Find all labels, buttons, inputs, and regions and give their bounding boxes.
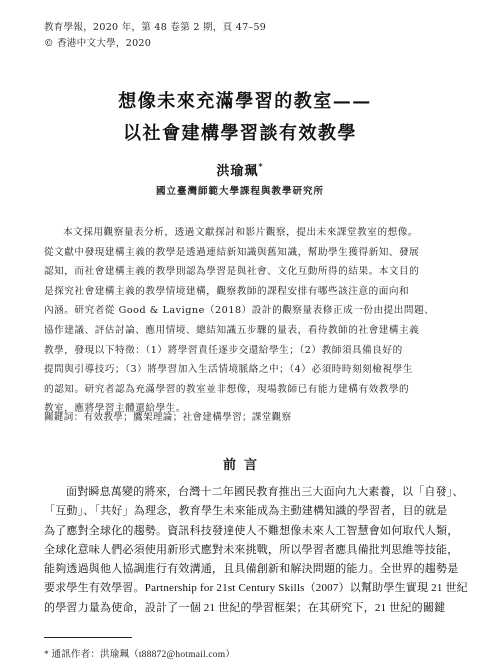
abstract: 本文採用觀察量表分析，透過文獻探討和影片觀察，提出未來課堂教室的想像。 從文獻中… [44, 223, 436, 419]
body-line: 面對瞬息萬變的將來，台灣十二年國民教育推出三大面向九大素養，以「自發」、 [44, 483, 436, 502]
keywords: 關鍵詞：有效教學；鷹架理論；社會建構學習；課堂觀察 [44, 409, 292, 423]
body-line: 能夠透過與他人協調進行有效溝通，且具備創新和解決問題的能力。全世界的趨勢是 [44, 560, 436, 579]
abstract-line: 從文獻中發現建構主義的教學是透過連結新知識與舊知識，幫助學生獲得新知、發展 [44, 243, 436, 263]
footnote: * 通訊作者：洪瑜珮（t88872@hotmail.com） [44, 646, 235, 660]
abstract-line: 認知，而社會建構主義的教學則認為學習是與社會、文化互動所得的結果。本文目的 [44, 262, 436, 282]
citation-line: 教育學報，2020 年，第 48 卷第 2 期，頁 47–59 [44, 20, 266, 36]
author-affiliation: 國立臺灣師範大學課程與教學研究所 [0, 183, 480, 197]
keywords-label: 關鍵詞： [44, 412, 84, 423]
abstract-line: 內涵。研究者從 Good & Lavigne（2018）設計的觀察量表修正成一份… [44, 301, 436, 321]
abstract-line: 協作建議、評估討論、應用情境、總結知識五步驟的量表，看待教師的社會建構主義 [44, 321, 436, 341]
author-name: 洪瑜珮 [216, 164, 258, 179]
abstract-line: 是探究社會建構主義的教學情境建構，觀察教師的課程安排有哪些該注意的面向和 [44, 282, 436, 302]
body-line: 的學習力量為使命，設計了一個 21 世紀的學習框架；在其研究下，21 世紀的關鍵 [44, 599, 436, 618]
author-footnote-marker: * [258, 161, 263, 171]
keywords-list: 有效教學；鷹架理論；社會建構學習；課堂觀察 [84, 412, 292, 423]
body-line: 為了應對全球化的趨勢。資訊科技發達使人不難想像未來人工智慧會如何取代人類， [44, 522, 436, 541]
abstract-line: 提問與引導技巧；（3）將學習加入生活情境脈絡之中；（4）必須時時刻刻檢視學生 [44, 360, 436, 380]
footnote-text: 通訊作者：洪瑜珮（t88872@hotmail.com） [52, 650, 236, 660]
section-heading: 前言 [0, 454, 480, 473]
author: 洪瑜珮* [0, 160, 480, 179]
body-text: 面對瞬息萬變的將來，台灣十二年國民教育推出三大面向九大素養，以「自發」、 「互動… [44, 483, 436, 618]
paper-title: 想像未來充滿學習的教室—— 以社會建構學習談有效教學 [0, 86, 480, 150]
body-line: 要求學生有效學習。Partnership for 21st Century Sk… [44, 579, 436, 598]
body-line: 「互動」、「共好」為理念，教育學生未來能成為主動建構知識的學習者，目的就是 [44, 502, 436, 521]
footnote-divider [44, 637, 132, 638]
body-line: 全球化意味人們必須使用新形式應對未來挑戰，所以學習者應具備批判思維等技能， [44, 541, 436, 560]
footnote-marker: * [44, 650, 49, 660]
abstract-line: 本文採用觀察量表分析，透過文獻探討和影片觀察，提出未來課堂教室的想像。 [44, 223, 436, 243]
abstract-line: 教學，發現以下特徵：（1）將學習責任逐步交還給學生；（2）教師須具備良好的 [44, 341, 436, 361]
title-line-2: 以社會建構學習談有效教學 [0, 118, 480, 150]
paper-page: 教育學報，2020 年，第 48 卷第 2 期，頁 47–59 © 香港中文大學… [0, 0, 480, 668]
copyright-line: © 香港中文大學，2020 [44, 36, 266, 52]
journal-header: 教育學報，2020 年，第 48 卷第 2 期，頁 47–59 © 香港中文大學… [44, 20, 266, 52]
abstract-line: 的認知。研究者認為充滿學習的教室並非想像，現場教師已有能力建構有效教學的 [44, 380, 436, 400]
title-line-1: 想像未來充滿學習的教室—— [0, 86, 480, 118]
